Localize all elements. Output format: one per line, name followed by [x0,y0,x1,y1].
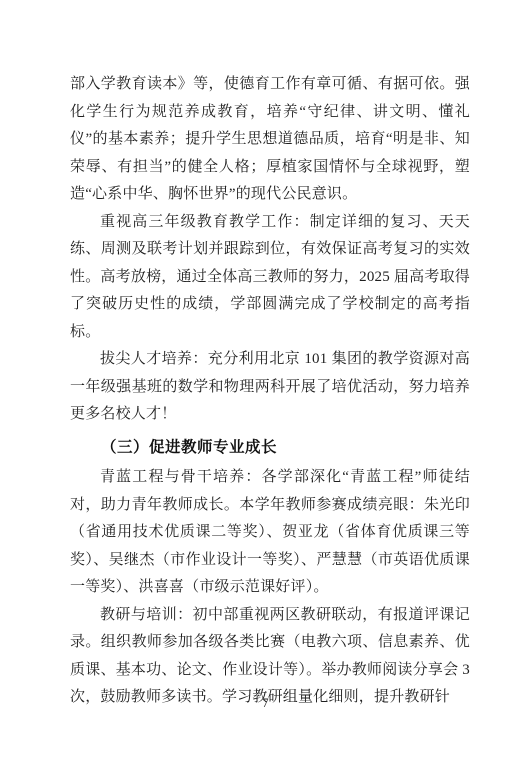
page-number: 7 [0,696,531,711]
text-block: 部入学教育读本》等，使德育工作有章可循、有据可依。强化学生行为规范养成教育，培养… [70,71,470,712]
paragraph-grade12-teaching: 重视高三年级教育教学工作：制定详细的复习、天天练、周测及联考计划并跟踪到位，有效… [70,209,470,347]
paragraph-mentoring-program: 青蓝工程与骨干培养：各学部深化“青蓝工程”师徒结对，助力青年教师成长。本学年教师… [70,464,470,602]
paragraph-teaching-research-training: 教研与培训：初中部重视两区教研联动，有报道评课记录。组织教师参加各级各类比赛（电… [70,602,470,712]
document-page: 部入学教育读本》等，使德育工作有章可循、有据可依。强化学生行为规范养成教育，培养… [0,0,531,768]
paragraph-top-talent-training: 拔尖人才培养：充分利用北京 101 集团的教学资源对高一年级强基班的数学和物理两… [70,346,470,429]
section-heading-teacher-growth: （三）促进教师专业成长 [70,434,470,462]
paragraph-moral-education: 部入学教育读本》等，使德育工作有章可循、有据可依。强化学生行为规范养成教育，培养… [70,71,470,209]
